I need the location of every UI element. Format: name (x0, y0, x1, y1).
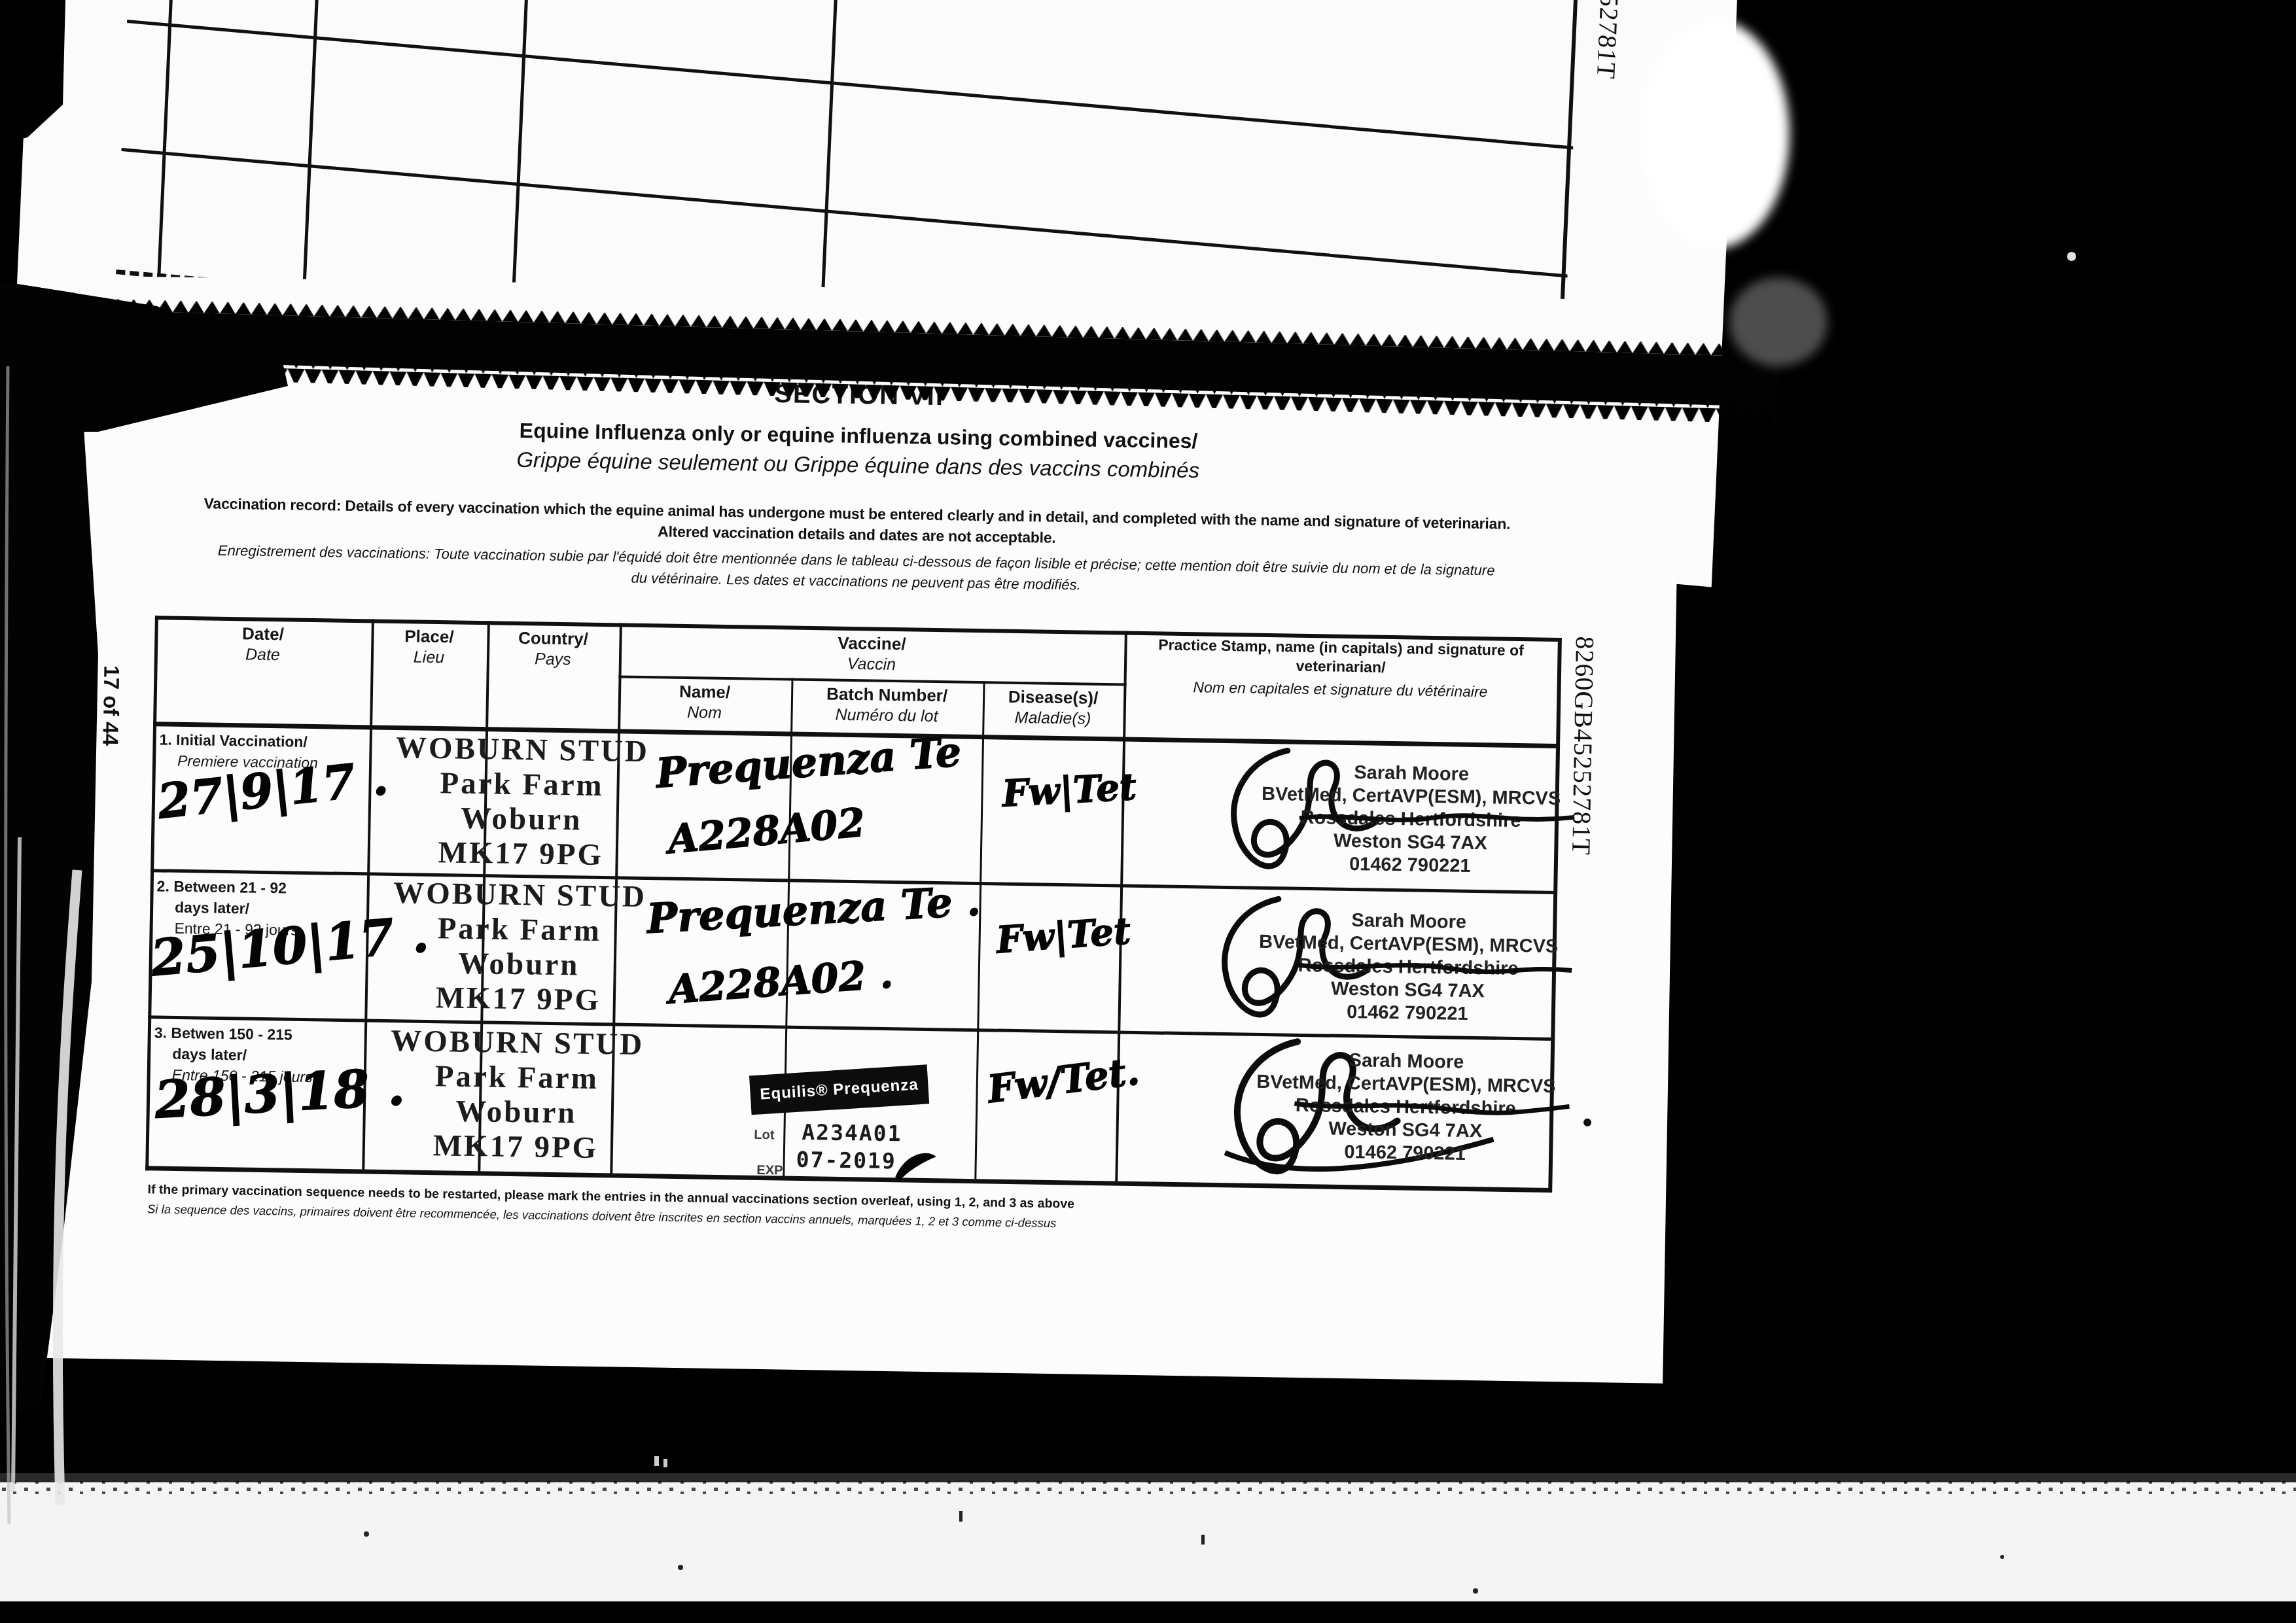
scanned-document-canvas: 52781T 17 of 44 8260GB45252781T SECTION … (0, 0, 2296, 1623)
scan-artifacts (0, 0, 2296, 1623)
